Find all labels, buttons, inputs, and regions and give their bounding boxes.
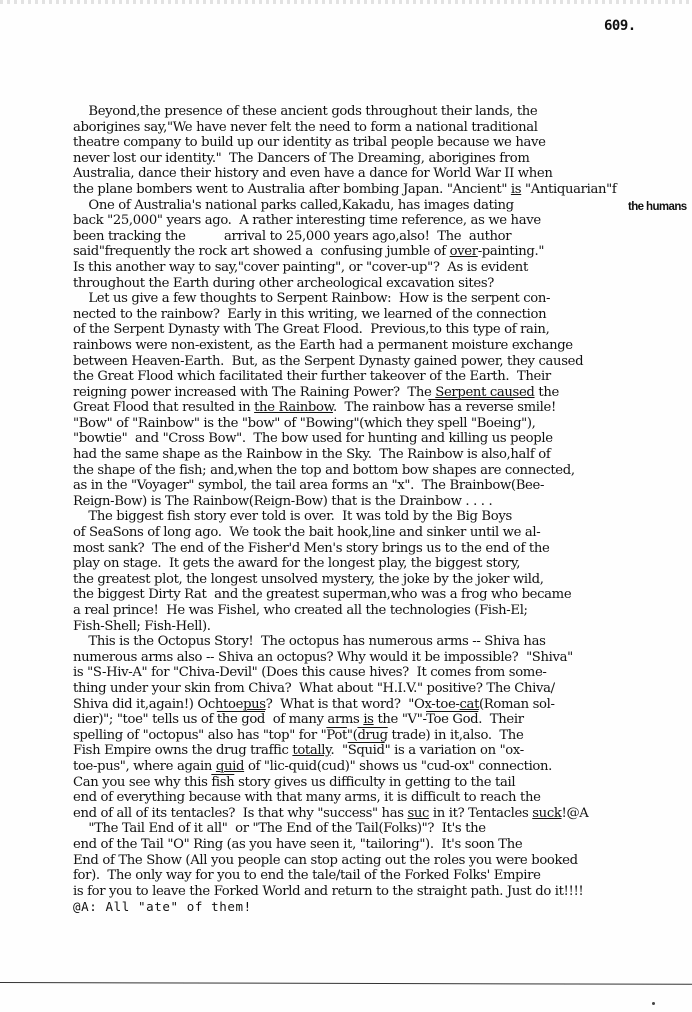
- text-segment: the Great Flood which facilitated their …: [73, 369, 551, 384]
- text-segment: the "V"-: [374, 712, 426, 727]
- text-segment: The biggest fish story ever told is over…: [88, 509, 512, 524]
- text-line: for). The only way for you to end the ta…: [73, 868, 692, 884]
- text-segment: throughout the Earth during other archeo…: [73, 276, 494, 291]
- text-line: reigning power increased with The Rainin…: [73, 385, 692, 401]
- text-segment: of SeaSons of long ago. We took the bait…: [73, 525, 540, 540]
- text-segment: -painting.": [478, 244, 544, 259]
- overlined-text: drug: [357, 728, 387, 743]
- text-segment: aborigines say,"We have never felt the n…: [73, 120, 538, 135]
- text-segment: smile!: [513, 400, 556, 415]
- underlined-text: the Rainbow: [254, 400, 333, 415]
- text-segment: most sank? The end of the Fisher'd Men's…: [73, 541, 549, 556]
- text-line: is "S-Hiv-A" for "Chiva-Devil" (Does thi…: [73, 665, 692, 681]
- scan-artifact-top: [0, 0, 692, 4]
- text-line: between Heaven-Earth. But, as the Serpen…: [73, 354, 692, 370]
- document-page: 609. the humans Beyond,the presence of t…: [0, 0, 692, 1012]
- text-line: "The Tail End of it all" or "The End of …: [73, 821, 692, 837]
- text-line: Shiva did it,again!) Ochtoepus? What is …: [73, 697, 692, 713]
- text-segment: Fish-Shell; Fish-Hell).: [73, 619, 211, 634]
- overlined-text: fish: [211, 775, 234, 790]
- overlined-text: Squid: [348, 743, 385, 758]
- text-segment: the: [535, 385, 559, 400]
- text-segment: . Their: [478, 712, 523, 727]
- text-segment: Shiva did it,again!) Ochtoe: [73, 697, 243, 712]
- text-segment: for). The only way for you to end the ta…: [73, 868, 541, 883]
- text-line: the greatest plot, the longest unsolved …: [73, 572, 692, 588]
- text-segment: story gives us difficulty in getting to …: [234, 775, 515, 790]
- underlined-text: Serpent caused: [435, 385, 534, 400]
- text-segment: Is this another way to say,"cover painti…: [73, 260, 528, 275]
- text-line: dier)"; "toe" tells us of the god of man…: [73, 712, 692, 728]
- text-line: Great Flood that resulted in the Rainbow…: [73, 400, 692, 416]
- text-segment: ? What is that word? "Ox-toe-: [266, 697, 460, 712]
- overlined-text: the god: [217, 712, 265, 727]
- text-segment: of many arms: [265, 712, 363, 727]
- text-segment: !@A: [562, 806, 589, 821]
- text-segment: Can you see why this: [73, 775, 211, 790]
- text-segment: end of the Tail "O" Ring (as you have se…: [73, 837, 522, 852]
- text-segment: Let us give a few thoughts to Serpent Ra…: [88, 291, 550, 306]
- text-segment: been tracking the arrival to 25,000 year…: [73, 229, 511, 244]
- text-segment: the plane bombers went to Australia afte…: [73, 182, 511, 197]
- text-line: Reign-Bow) is The Rainbow(Reign-Bow) tha…: [73, 494, 692, 510]
- text-line: is for you to leave the Forked World and…: [73, 884, 692, 900]
- text-segment: "Bow" of "Rainbow" is the "bow" of "Bowi…: [73, 416, 536, 431]
- underlined-text: is: [511, 182, 521, 197]
- text-segment: reigning power increased with The Rainin…: [73, 385, 435, 400]
- text-line: rainbows were non-existent, as the Earth…: [73, 338, 692, 354]
- overlined-text: has a reverse: [428, 400, 513, 415]
- underlined-text: pus: [243, 697, 266, 712]
- text-segment: spelling of "octopus" also has "top" for…: [73, 728, 326, 743]
- text-line: the plane bombers went to Australia afte…: [73, 182, 692, 198]
- text-line: Is this another way to say,"cover painti…: [73, 260, 692, 276]
- text-line: play on stage. It gets the award for the…: [73, 556, 692, 572]
- text-line: thing under your skin from Chiva? What a…: [73, 681, 692, 697]
- text-line: theatre company to build up our identity…: [73, 135, 692, 151]
- page-number: 609.: [604, 18, 636, 34]
- text-segment: toe-pus", where again: [73, 759, 216, 774]
- text-line: Fish Empire owns the drug traffic totall…: [73, 743, 692, 759]
- text-line: never lost our identity." The Dancers of…: [73, 151, 692, 167]
- text-segment: Reign-Bow) is The Rainbow(Reign-Bow) tha…: [73, 494, 492, 509]
- underlined-text: quid: [216, 759, 244, 774]
- text-segment: dier)"; "toe" tells us of: [73, 712, 217, 727]
- text-segment: End of The Show (All you people can stop…: [73, 853, 578, 868]
- text-segment: the greatest plot, the longest unsolved …: [73, 572, 544, 587]
- text-line: the biggest Dirty Rat and the greatest s…: [73, 587, 692, 603]
- text-line: One of Australia's national parks called…: [73, 198, 692, 214]
- text-segment: play on stage. It gets the award for the…: [73, 556, 520, 571]
- text-segment: said"frequently the rock art showed a co…: [73, 244, 450, 259]
- text-line: end of everything because with that many…: [73, 790, 692, 806]
- text-line: had the same shape as the Rainbow in the…: [73, 447, 692, 463]
- text-line: toe-pus", where again quid of "lic-quid(…: [73, 759, 692, 775]
- text-line: of the Serpent Dynasty with The Great Fl…: [73, 322, 692, 338]
- text-segment: "The Tail End of it all" or "The End of …: [88, 821, 485, 836]
- text-line: end of all of its tentacles? Is that why…: [73, 806, 692, 822]
- text-segment: end of all of its tentacles? Is that why…: [73, 806, 407, 821]
- text-line: been tracking the arrival to 25,000 year…: [73, 229, 692, 245]
- text-segment: numerous arms also -- Shiva an octopus? …: [73, 650, 573, 665]
- text-line: a real prince! He was Fishel, who create…: [73, 603, 692, 619]
- text-line: said"frequently the rock art showed a co…: [73, 244, 692, 260]
- underlined-text: over: [450, 244, 478, 259]
- text-segment: as in the "Voyager" symbol, the tail are…: [73, 478, 544, 493]
- text-segment: One of Australia's national parks called…: [88, 198, 513, 213]
- text-line: the Great Flood which facilitated their …: [73, 369, 692, 385]
- text-segment: Australia, dance their history and even …: [73, 166, 552, 181]
- text-line: most sank? The end of the Fisher'd Men's…: [73, 541, 692, 557]
- text-segment: nected to the rainbow? Early in this wri…: [73, 307, 546, 322]
- body-text: Beyond,the presence of these ancient god…: [73, 104, 692, 915]
- text-line: the shape of the fish; and,when the top …: [73, 463, 692, 479]
- text-segment: trade) in it,also. The: [388, 728, 524, 743]
- underlined-text: suck: [532, 806, 561, 821]
- footer-rule: [0, 982, 692, 985]
- text-segment: (Roman sol-: [479, 697, 555, 712]
- text-segment: Fish Empire owns the drug traffic: [73, 743, 292, 758]
- text-line: Australia, dance their history and even …: [73, 166, 692, 182]
- footnote: @A: All "ate" of them!: [73, 899, 692, 915]
- text-segment: back "25,000" years ago. A rather intere…: [73, 213, 541, 228]
- underlined-text: cat: [460, 697, 480, 712]
- text-line: The biggest fish story ever told is over…: [73, 509, 692, 525]
- text-segment: Great Flood that resulted in: [73, 400, 254, 415]
- text-segment: thing under your skin from Chiva? What a…: [73, 681, 555, 696]
- text-segment: "Antiquarian"f: [521, 182, 616, 197]
- text-segment: theatre company to build up our identity…: [73, 135, 546, 150]
- underlined-text: totally: [292, 743, 330, 758]
- text-segment: the shape of the fish; and,when the top …: [73, 463, 575, 478]
- text-line: numerous arms also -- Shiva an octopus? …: [73, 650, 692, 666]
- text-line: of SeaSons of long ago. We took the bait…: [73, 525, 692, 541]
- text-segment: " is a variation on "ox-: [385, 743, 524, 758]
- text-segment: end of everything because with that many…: [73, 790, 541, 805]
- text-line: aborigines say,"We have never felt the n…: [73, 120, 692, 136]
- text-segment: is "S-Hiv-A" for "Chiva-Devil" (Does thi…: [73, 665, 547, 680]
- text-segment: the biggest Dirty Rat and the greatest s…: [73, 587, 571, 602]
- text-line: as in the "Voyager" symbol, the tail are…: [73, 478, 692, 494]
- text-segment: This is the Octopus Story! The octopus h…: [88, 634, 545, 649]
- text-line: Fish-Shell; Fish-Hell).: [73, 619, 692, 635]
- text-line: "bowtie" and "Cross Bow". The bow used f…: [73, 431, 692, 447]
- text-line: End of The Show (All you people can stop…: [73, 853, 692, 869]
- underlined-text: suc: [407, 806, 429, 821]
- text-segment: . The rainbow: [333, 400, 428, 415]
- text-segment: is for you to leave the Forked World and…: [73, 884, 583, 899]
- text-segment: had the same shape as the Rainbow in the…: [73, 447, 550, 462]
- text-line: throughout the Earth during other archeo…: [73, 276, 692, 292]
- text-segment: a real prince! He was Fishel, who create…: [73, 603, 528, 618]
- text-line: end of the Tail "O" Ring (as you have se…: [73, 837, 692, 853]
- text-line: nected to the rainbow? Early in this wri…: [73, 307, 692, 323]
- text-segment: Beyond,the presence of these ancient god…: [88, 104, 537, 119]
- text-segment: . ": [330, 743, 347, 758]
- text-segment: rainbows were non-existent, as the Earth…: [73, 338, 573, 353]
- text-segment: in it? Tentacles: [429, 806, 532, 821]
- overlined-text: Toe God: [426, 712, 478, 727]
- text-line: spelling of "octopus" also has "top" for…: [73, 728, 692, 744]
- text-line: "Bow" of "Rainbow" is the "bow" of "Bowi…: [73, 416, 692, 432]
- overlined-text: Pot: [326, 728, 347, 743]
- text-line: This is the Octopus Story! The octopus h…: [73, 634, 692, 650]
- text-line: Can you see why this fish story gives us…: [73, 775, 692, 791]
- text-segment: between Heaven-Earth. But, as the Serpen…: [73, 354, 583, 369]
- text-line: Let us give a few thoughts to Serpent Ra…: [73, 291, 692, 307]
- text-segment: "(: [347, 728, 358, 743]
- text-segment: "bowtie" and "Cross Bow". The bow used f…: [73, 431, 553, 446]
- text-segment: of the Serpent Dynasty with The Great Fl…: [73, 322, 549, 337]
- text-line: Beyond,the presence of these ancient god…: [73, 104, 692, 120]
- underlined-text: is: [363, 712, 373, 727]
- scan-artifact-mark: [652, 1002, 655, 1005]
- text-segment: of "lic-quid(cud)" shows us "cud-ox" con…: [244, 759, 552, 774]
- text-segment: never lost our identity." The Dancers of…: [73, 151, 530, 166]
- text-line: back "25,000" years ago. A rather intere…: [73, 213, 692, 229]
